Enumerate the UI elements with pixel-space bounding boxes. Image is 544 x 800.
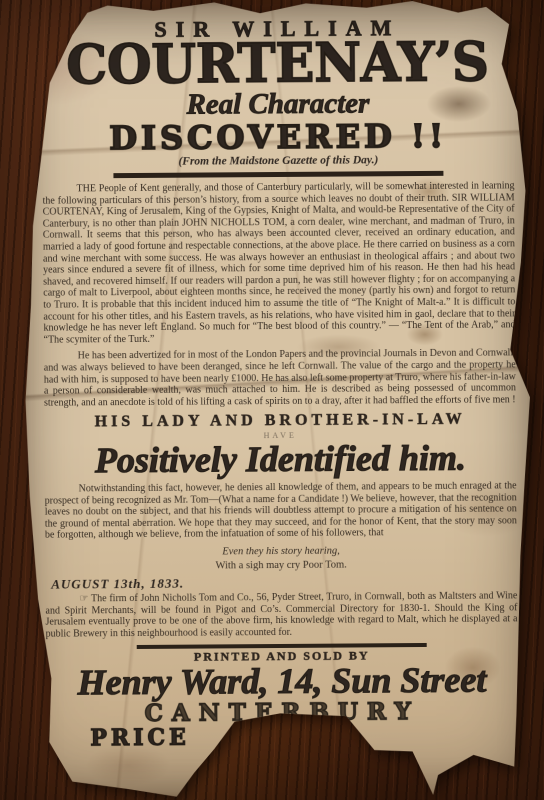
paragraph-3: Notwithstanding this fact, however, he d… xyxy=(45,480,517,541)
paragraph-1: THE People of Kent generally, and those … xyxy=(42,180,515,346)
date-line: AUGUST 13th, 1833. xyxy=(45,574,517,593)
broadside-content: SIR WILLIAM COURTENAY’S Real Character D… xyxy=(21,0,535,798)
manicule-icon: ☞ xyxy=(79,594,91,605)
paragraph-4-text: The firm of John Nicholls Tom and Co., 5… xyxy=(45,591,517,640)
paragraph-4: ☞ The firm of John Nicholls Tom and Co.,… xyxy=(45,591,517,641)
double-rule xyxy=(113,171,443,178)
heading-lady-brother: HIS LADY AND BROTHER-IN-LAW xyxy=(44,411,516,432)
printer-city: CANTERBURY xyxy=(46,699,518,725)
price-label: PRICE xyxy=(46,724,518,749)
heading-identified: Positively Identified him. xyxy=(44,439,516,478)
discovered-line: DISCOVERED !! xyxy=(42,120,514,155)
photograph-wood-table: SIR WILLIAM COURTENAY’S Real Character D… xyxy=(0,0,544,800)
broadside-paper-shadow: SIR WILLIAM COURTENAY’S Real Character D… xyxy=(21,0,535,798)
verse-line-2: With a sigh may cry Poor Tom. xyxy=(45,557,517,574)
printer-name: Henry Ward, 14, Sun Street xyxy=(46,662,518,699)
paragraph-2: He has been advertized for in most of th… xyxy=(44,348,516,409)
broadside-paper: SIR WILLIAM COURTENAY’S Real Character D… xyxy=(21,0,535,798)
imprint-rule xyxy=(137,643,427,649)
main-title: COURTENAY’S xyxy=(41,37,513,92)
